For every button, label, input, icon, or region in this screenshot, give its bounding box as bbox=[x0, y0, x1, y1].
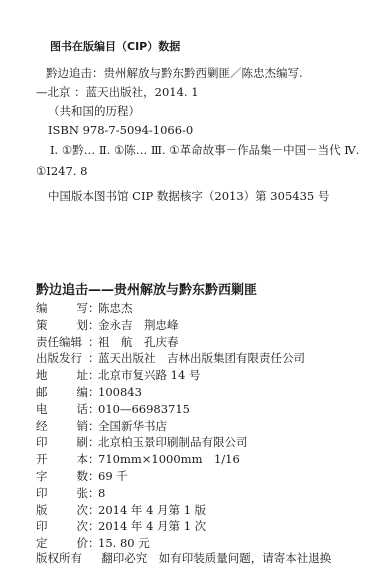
colophon-entry: 编写：陈忠杰 bbox=[36, 301, 133, 315]
entry-label-first: 开 bbox=[36, 452, 48, 466]
entry-label: 编写 bbox=[36, 301, 88, 315]
entry-colon: ： bbox=[88, 503, 98, 517]
cip-number-line: 中国版本图书馆 CIP 数据核字（2013）第 305435 号 bbox=[48, 189, 329, 203]
entry-label-second: 划 bbox=[77, 318, 89, 332]
entry-colon: ： bbox=[88, 385, 98, 399]
cip-isbn-line: ISBN 978-7-5094-1066-0 bbox=[48, 123, 193, 137]
entry-colon: ： bbox=[88, 469, 98, 483]
colophon-entry: 版次：2014 年 4 月第 1 版 bbox=[36, 503, 206, 517]
book-title: 黔边追击——贵州解放与黔东黔西剿匪 bbox=[36, 284, 257, 298]
entry-label-second: 址 bbox=[77, 368, 89, 382]
entry-label-second: 写 bbox=[77, 301, 89, 315]
entry-colon: ： bbox=[88, 419, 98, 433]
entry-label: 开本 bbox=[36, 452, 88, 466]
colophon-entry: 印张：8 bbox=[36, 486, 105, 500]
entry-colon: ： bbox=[88, 435, 98, 449]
entry-value: 15. 80 元 bbox=[98, 536, 150, 550]
cip-classification-line-2: ①I247. 8 bbox=[36, 164, 87, 178]
entry-colon: ： bbox=[88, 536, 98, 550]
entry-value: 祖 航 孔庆春 bbox=[98, 335, 179, 349]
colophon-entry: 经销：全国新华书店 bbox=[36, 419, 167, 433]
entry-value: 710mm×1000mm 1/16 bbox=[98, 452, 240, 466]
colophon-entry: 策划：金永吉 荆忠峰 bbox=[36, 318, 179, 332]
entry-value: 100843 bbox=[98, 385, 142, 399]
entry-value: 北京柏玉景印刷制品有限公司 bbox=[98, 435, 248, 449]
entry-value: 010—66983715 bbox=[98, 402, 190, 416]
entry-label-second: 话 bbox=[77, 402, 89, 416]
cip-series-line: （共和国的历程） bbox=[48, 104, 140, 118]
entry-label: 邮编 bbox=[36, 385, 88, 399]
entry-colon: ： bbox=[88, 318, 98, 332]
entry-colon: ： bbox=[88, 452, 98, 466]
colophon-entry: 出版发行：蓝天出版社 吉林出版集团有限责任公司 bbox=[36, 351, 305, 365]
cip-classification-line-1: Ⅰ. ①黔… Ⅱ. ①陈… Ⅲ. ①革命故事－作品集－中国－当代 Ⅳ. bbox=[50, 143, 359, 157]
entry-label-second: 价 bbox=[77, 536, 89, 550]
entry-label-second: 编 bbox=[77, 385, 89, 399]
entry-label-first: 地 bbox=[36, 368, 48, 382]
colophon-entry: 电话：010—66983715 bbox=[36, 402, 190, 416]
entry-label-first: 电 bbox=[36, 402, 48, 416]
colophon-entry: 开本：710mm×1000mm 1/16 bbox=[36, 452, 240, 466]
entry-value: 2014 年 4 月第 1 次 bbox=[98, 519, 206, 533]
entry-value: 2014 年 4 月第 1 版 bbox=[98, 503, 206, 517]
entry-value: 69 千 bbox=[98, 469, 128, 483]
entry-colon: ： bbox=[88, 402, 98, 416]
entry-label-second: 次 bbox=[77, 519, 89, 533]
colophon-entry: 印次：2014 年 4 月第 1 次 bbox=[36, 519, 206, 533]
cip-heading: 图书在版编目（CIP）数据 bbox=[50, 40, 180, 54]
entry-colon: ： bbox=[88, 301, 98, 315]
entry-value: 全国新华书店 bbox=[98, 419, 167, 433]
entry-label-first: 印 bbox=[36, 435, 48, 449]
copyright-label: 版权所有 bbox=[36, 551, 82, 565]
entry-label: 印刷 bbox=[36, 435, 88, 449]
entry-label-second: 销 bbox=[77, 419, 89, 433]
entry-label-text: 责任编辑 bbox=[36, 335, 82, 349]
entry-label: 定价 bbox=[36, 536, 88, 550]
entry-label: 电话 bbox=[36, 402, 88, 416]
entry-label-second: 张 bbox=[77, 486, 89, 500]
colophon-entry: 邮编：100843 bbox=[36, 385, 142, 399]
entry-label-first: 版 bbox=[36, 503, 48, 517]
entry-label-first: 编 bbox=[36, 301, 48, 315]
entry-label-second: 本 bbox=[77, 452, 89, 466]
entry-label: 经销 bbox=[36, 419, 88, 433]
entry-label-text: 出版发行 bbox=[36, 351, 82, 365]
entry-label-first: 印 bbox=[36, 519, 48, 533]
entry-label-second: 刷 bbox=[77, 435, 89, 449]
entry-label-first: 邮 bbox=[36, 385, 48, 399]
entry-label-first: 字 bbox=[36, 469, 48, 483]
entry-value: 陈忠杰 bbox=[98, 301, 133, 315]
entry-label: 出版发行 bbox=[36, 351, 88, 365]
entry-colon: ： bbox=[88, 368, 98, 382]
cip-publisher-line: —北京 ：蓝天出版社，2014. 1 bbox=[36, 85, 199, 99]
entry-value: 金永吉 荆忠峰 bbox=[98, 318, 179, 332]
entry-colon: ： bbox=[88, 351, 98, 365]
entry-label-first: 印 bbox=[36, 486, 48, 500]
entry-label-second: 次 bbox=[77, 503, 89, 517]
colophon-entry: 责任编辑：祖 航 孔庆春 bbox=[36, 335, 179, 349]
entry-label-first: 经 bbox=[36, 419, 48, 433]
copyright-row: 版权所有 翻印必究 如有印装质量问题，请寄本社退换 bbox=[36, 551, 331, 565]
colophon-entry: 印刷：北京柏玉景印刷制品有限公司 bbox=[36, 435, 248, 449]
entry-label: 印次 bbox=[36, 519, 88, 533]
entry-label-second: 数 bbox=[77, 469, 89, 483]
entry-label: 地址 bbox=[36, 368, 88, 382]
entry-label-first: 策 bbox=[36, 318, 48, 332]
entry-label: 字数 bbox=[36, 469, 88, 483]
entry-colon: ： bbox=[88, 335, 98, 349]
entry-label: 责任编辑 bbox=[36, 335, 88, 349]
copyright-text: 翻印必究 如有印装质量问题，请寄本社退换 bbox=[101, 551, 331, 565]
entry-label: 印张 bbox=[36, 486, 88, 500]
entry-label: 版次 bbox=[36, 503, 88, 517]
entry-colon: ： bbox=[88, 486, 98, 500]
entry-label: 策划 bbox=[36, 318, 88, 332]
entry-value: 北京市复兴路 14 号 bbox=[98, 368, 200, 382]
entry-label-first: 定 bbox=[36, 536, 48, 550]
colophon-entry: 定价：15. 80 元 bbox=[36, 536, 150, 550]
cip-title-line: 黔边追击：贵州解放与黔东黔西剿匪／陈忠杰编写. bbox=[46, 66, 303, 80]
entry-value: 蓝天出版社 吉林出版集团有限责任公司 bbox=[98, 351, 305, 365]
colophon-entry: 字数：69 千 bbox=[36, 469, 128, 483]
entry-colon: ： bbox=[88, 519, 98, 533]
entry-value: 8 bbox=[98, 486, 105, 500]
colophon-entry: 地址：北京市复兴路 14 号 bbox=[36, 368, 200, 382]
